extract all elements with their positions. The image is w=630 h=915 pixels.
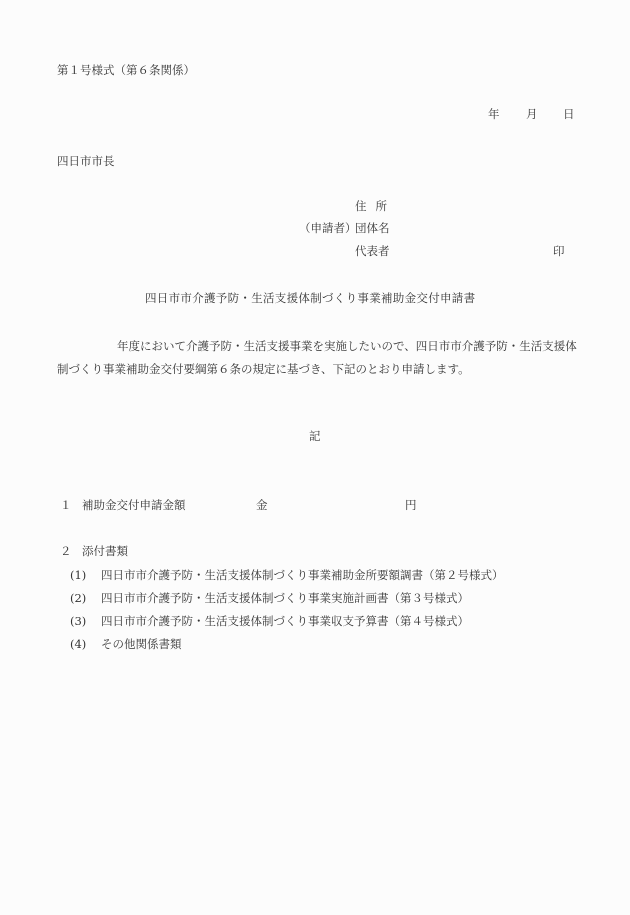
item2-number: ２ <box>60 543 72 559</box>
date-year-label: 年 <box>488 106 500 122</box>
body-text: 年度において介護予防・生活支援事業を実施したいので、四日市市介護予防・生活支援体… <box>57 339 577 376</box>
attachment-number: (4) <box>70 636 86 652</box>
attachment-text: 四日市市介護予防・生活支援体制づくり事業収支予算書（第４号様式） <box>101 613 469 629</box>
amount-prefix: 金 <box>256 497 268 513</box>
attachment-text: 四日市市介護予防・生活支援体制づくり事業補助金所要額調書（第２号様式） <box>101 567 504 583</box>
address-label: 住所 <box>355 198 396 214</box>
item1-label: 補助金交付申請金額 <box>82 497 186 513</box>
seal-label: 印 <box>553 243 565 259</box>
attachment-number: (1) <box>70 567 86 583</box>
date-day-label: 日 <box>563 106 575 122</box>
organization-label: 団体名 <box>355 220 390 236</box>
representative-label: 代表者 <box>355 243 390 259</box>
item2-label: 添付書類 <box>82 543 128 559</box>
form-number: 第１号様式（第６条関係） <box>57 62 195 78</box>
attachment-text: その他関係書類 <box>101 636 182 652</box>
document-title: 四日市市介護予防・生活支援体制づくり事業補助金交付申請書 <box>145 290 475 306</box>
date-month-label: 月 <box>526 106 538 122</box>
amount-suffix: 円 <box>405 497 417 513</box>
applicant-role-label: （申請者） <box>299 220 357 236</box>
body-paragraph: 年度において介護予防・生活支援事業を実施したいので、四日市市介護予防・生活支援体… <box>57 335 577 381</box>
item1-number: １ <box>60 497 72 513</box>
attachment-number: (2) <box>70 590 86 606</box>
ki-label: 記 <box>309 428 321 444</box>
attachment-number: (3) <box>70 613 86 629</box>
attachment-text: 四日市市介護予防・生活支援体制づくり事業実施計画書（第３号様式） <box>101 590 469 606</box>
addressee: 四日市市長 <box>57 153 115 169</box>
